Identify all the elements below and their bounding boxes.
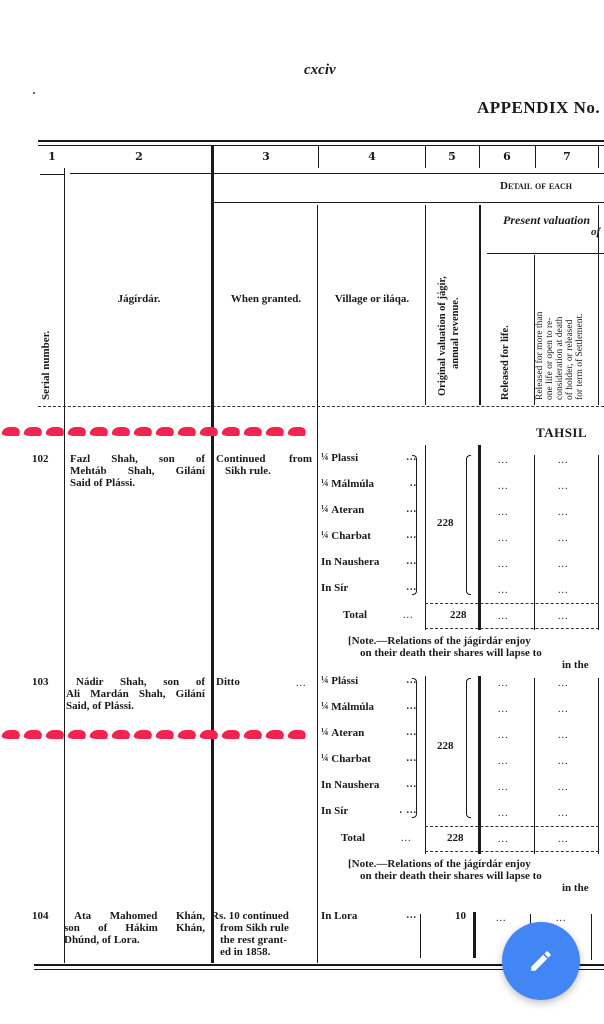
header-jagirdar: Jágírdár. <box>66 293 212 305</box>
row-103-serial: 103 <box>32 676 49 688</box>
row-102-col7: ... <box>558 507 569 518</box>
row-103-col7: ... <box>558 678 569 689</box>
row-103-jagirdar-3: Said, of Plássi. <box>66 700 134 712</box>
header-bottom-rule <box>38 406 604 407</box>
row-102-col6: ... <box>498 585 509 596</box>
rule <box>40 174 64 175</box>
row-102-granted-2: Sikh rule. <box>225 465 271 477</box>
header-original-valuation-2: annual revenue. <box>450 297 461 369</box>
colnum-2: 2 <box>66 150 212 163</box>
row-103-granted: Ditto <box>216 676 240 688</box>
col-line-7-hdr <box>598 205 599 405</box>
row-102-serial: 102 <box>32 453 49 465</box>
row-103-col7: ... <box>558 808 569 819</box>
pencil-icon <box>528 948 554 974</box>
col-line <box>534 678 535 854</box>
row-102-jagirdar-3: Said of Plássi. <box>70 477 135 489</box>
col-line-5-hdr <box>479 205 481 405</box>
row-102-total-col7: ... <box>558 611 569 622</box>
row-102-jagirdar-2: Mehtáb Shah, Gilání <box>70 465 205 477</box>
row-102-col7: ... <box>558 455 569 466</box>
sep <box>425 146 426 168</box>
row-102-col7: ... <box>558 481 569 492</box>
row-104-granted-1: Rs. 10 continued <box>211 910 289 922</box>
row-104-col7: ... <box>556 913 567 924</box>
speck <box>33 92 35 94</box>
group-header: Detail of each <box>500 180 572 192</box>
row-102-note-2: on their death their shares will lapse t… <box>360 647 596 659</box>
page-number: cxciv <box>304 62 336 79</box>
total-top-rule <box>425 603 599 604</box>
header-released-more-2: one life or open to re- <box>545 317 555 400</box>
spellcheck-squiggle <box>2 730 310 742</box>
row-102-village: ¼ Málmúla.. <box>321 478 417 490</box>
row-104-serial: 104 <box>32 910 49 922</box>
row-103-village: In Naushera... <box>321 779 417 791</box>
header-released-more-1: Released for more than <box>535 312 545 400</box>
colnum-6: 6 <box>480 150 534 163</box>
row-103-col7: ... <box>558 704 569 715</box>
row-102-col6: ... <box>498 455 509 466</box>
col-line <box>598 678 599 854</box>
row-102-col6: ... <box>498 533 509 544</box>
row-103-total-col7: ... <box>558 834 569 845</box>
row-103-village: In Sír. ... <box>321 805 417 817</box>
row-104-jagirdar-2: son of Hákim Khán, <box>64 922 205 934</box>
colnum-4: 4 <box>320 150 424 163</box>
row-102-col7: ... <box>558 585 569 596</box>
total-bottom-rule <box>425 851 599 852</box>
row-102-total-value: 228 <box>450 609 467 621</box>
colnum-3: 3 <box>214 150 318 163</box>
row-102-note-1: [Note.—Relations of the jágírdár enjoy <box>348 635 596 647</box>
appendix-title: APPENDIX No. <box>477 98 600 118</box>
row-103-col6: ... <box>498 782 509 793</box>
header-released-life: Released for life. <box>500 325 511 400</box>
col-line <box>420 914 421 958</box>
row-102-jagirdar-1: Fazl Shah, son of <box>70 453 205 465</box>
header-serial: Serial number. <box>41 331 52 400</box>
row-103-village: ¼ Charbat... <box>321 753 417 765</box>
row-102-total-col6: ... <box>498 611 509 622</box>
row-102-village: ¼ Charbat... <box>321 530 417 542</box>
row-104-valuation: 10 <box>455 910 466 922</box>
colnum-7: 7 <box>536 150 598 163</box>
row-103-valuation: 228 <box>437 740 454 752</box>
row-102-village: In Naushera... <box>321 556 417 568</box>
row-104-granted-2: from Sikh rule <box>220 922 289 934</box>
brace-left <box>466 678 471 818</box>
row-103-village: ¼ Ateran... <box>321 727 417 739</box>
row-102-col6: ... <box>498 559 509 570</box>
total-bottom-rule <box>425 628 599 629</box>
row-102-valuation: 228 <box>437 517 454 529</box>
col-line <box>473 912 476 958</box>
total-top-rule <box>425 826 599 827</box>
sep <box>535 146 536 168</box>
row-103-note-2: on their death their shares will lapse t… <box>360 870 596 882</box>
row-103-col6: ... <box>498 730 509 741</box>
row-103-jagirdar-1: Nádir Shah, son of <box>76 676 205 688</box>
row-104-granted-3: the rest grant- <box>220 934 287 946</box>
spellcheck-squiggle <box>2 427 310 439</box>
row-103-total-label: Total <box>341 832 365 844</box>
header-released-more-4: of holder, or released <box>565 320 575 400</box>
row-102-granted-1: Continued from <box>216 453 312 465</box>
top-rule-inner <box>38 145 604 146</box>
col-line-2 <box>211 146 214 963</box>
sep <box>598 146 599 168</box>
row-104-village: In Lora... <box>321 910 417 922</box>
colnum-5: 5 <box>426 150 478 163</box>
row-103-total-dots: ... <box>401 833 412 844</box>
row-103-note-3: in the <box>562 882 589 894</box>
row-103-village: ¼ Málmúla... <box>321 701 417 713</box>
sep <box>479 146 480 168</box>
col-line-3 <box>317 205 318 963</box>
row-103-note-1: [Note.—Relations of the jágírdár enjoy <box>348 858 596 870</box>
edit-fab-button[interactable] <box>502 922 580 1000</box>
header-when-granted: When granted. <box>214 293 318 305</box>
row-103-col7: ... <box>558 782 569 793</box>
brace-left <box>466 455 471 595</box>
col-line-1 <box>64 168 65 963</box>
row-103-col7: ... <box>558 730 569 741</box>
row-104-col6: ... <box>496 913 507 924</box>
rule <box>214 202 604 203</box>
row-102-col6: ... <box>498 507 509 518</box>
row-104-jagirdar-1: Ata Mahomed Khán, <box>74 910 205 922</box>
header-village: Village or iláqa. <box>320 293 424 305</box>
top-rule <box>38 140 604 142</box>
header-released-more-3: consideration at death <box>555 317 565 400</box>
row-103-jagirdar-2: Ali Mardán Shah, Gilání <box>66 688 205 700</box>
col-line <box>591 914 592 960</box>
row-102-village: In Sír... <box>321 582 417 594</box>
row-103-col6: ... <box>498 678 509 689</box>
col-line-4-hdr <box>425 205 426 405</box>
row-103-col6: ... <box>498 704 509 715</box>
row-102-village: ¼ Ateran... <box>321 504 417 516</box>
row-103-col7: ... <box>558 756 569 767</box>
row-102-col6: ... <box>498 481 509 492</box>
row-103-village: ¼ Plássi... <box>321 675 417 687</box>
row-103-total-col6: ... <box>498 834 509 845</box>
row-102-col7: ... <box>558 533 569 544</box>
row-102-village: ¼ Plassi... <box>321 452 417 464</box>
row-102-col7: ... <box>558 559 569 570</box>
row-103-granted-dots: ... <box>296 678 307 689</box>
rule <box>70 173 212 174</box>
sub-group-header: Present valuation <box>503 213 590 228</box>
row-104-jagirdar-3: Dhúnd, of Lora. <box>64 934 140 946</box>
row-103-col6: ... <box>498 756 509 767</box>
header-original-valuation-1: Original valuation of jágír, <box>437 276 448 396</box>
col-line <box>478 676 481 854</box>
row-103-total-value: 228 <box>447 832 464 844</box>
section-title: TAHSIL <box>536 425 587 441</box>
row-102-total-dots: ... <box>403 610 414 621</box>
colnum-1: 1 <box>40 150 64 163</box>
col-line <box>425 676 426 854</box>
sep <box>318 146 319 168</box>
rule <box>214 173 604 174</box>
header-released-more-5: for term of Settlement. <box>575 313 585 400</box>
brace-right <box>412 455 417 595</box>
row-102-total-label: Total <box>343 609 367 621</box>
row-103-col6: ... <box>498 808 509 819</box>
rule <box>487 253 604 254</box>
row-102-note-3: in the <box>562 659 589 671</box>
row-104-granted-4: ed in 1858. <box>220 946 270 958</box>
brace-right <box>412 678 417 818</box>
